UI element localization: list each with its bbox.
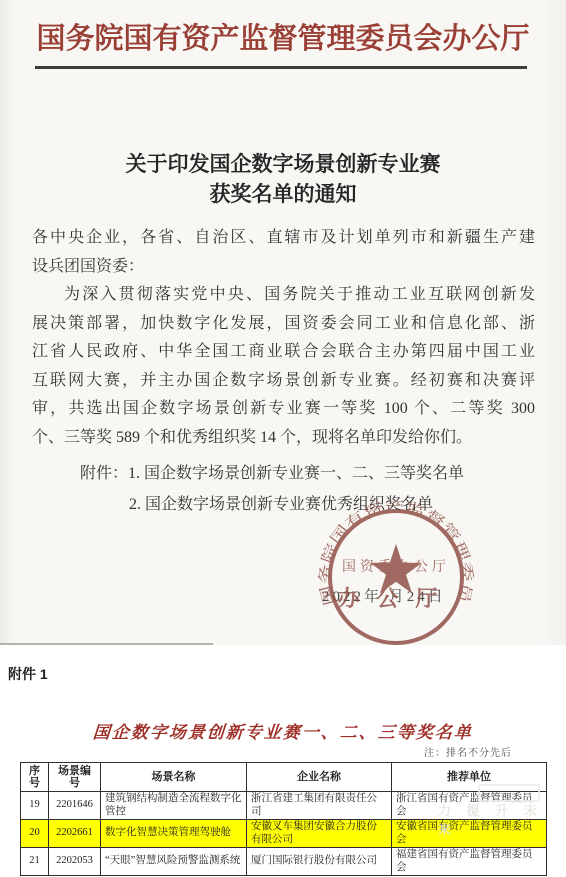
notice-title-line2: 获奖名单的通知: [0, 178, 566, 208]
scanned-notice: 国务院国有资产监督管理委员会办公厅 关于印发国企数字场景创新专业赛 获奖名单的通…: [0, 0, 566, 645]
seal-bottom-text: 办公厅: [337, 586, 454, 611]
letterhead-divider: [35, 66, 527, 69]
letterhead-title: 国务院国有资产监督管理委员会办公厅: [0, 16, 566, 57]
table-row: 21 2202053 “天眼”智慧风险预警监测系统 厦门国际银行股份有限公司 福…: [21, 848, 547, 876]
body-line: 个、三等奖 589 个和优秀组织奖 14 个，现将名单印发给你们。: [32, 424, 535, 453]
body-line: 设兵团国资委：: [32, 253, 535, 282]
cell-code: 2201646: [49, 792, 101, 820]
scan-edge: [0, 643, 213, 645]
cell-company: 安徽叉车集团安徽合力股份有限公司: [247, 820, 392, 848]
body-line: 审，共选出国企数字场景创新专业赛一等奖 100 个、二等奖 300: [32, 395, 535, 424]
ranking-note: 注：排名不分先后: [424, 744, 512, 759]
cell-code: 2202661: [49, 820, 101, 848]
notice-body: 各中央企业，各省、自治区、直辖市及计划单列市和新疆生产建 设兵团国资委： 为深入…: [32, 224, 535, 452]
cell-code: 2202053: [49, 848, 101, 876]
body-line: 互联网大赛，并主办国企数字场景创新专业赛。经初赛和决赛评: [32, 367, 535, 396]
cell-no: 19: [21, 792, 49, 820]
table-row: 19 2201646 建筑钢结构制造全流程数字化管控 浙江省建工集团有限责任公司…: [21, 792, 547, 820]
cell-no: 20: [21, 820, 49, 848]
cell-recommender: 福建省国有资产监督管理委员会: [392, 848, 547, 876]
header-recommender: 推荐单位: [392, 763, 547, 792]
table-header-row: 序号 场景编号 场景名称 企业名称 推荐单位: [21, 763, 547, 792]
cell-company: 厦门国际银行股份有限公司: [247, 848, 392, 876]
cell-company: 浙江省建工集团有限责任公司: [247, 792, 392, 820]
attachment-item-1: 附件：1. 国企数字场景创新专业赛一、二、三等奖名单: [80, 458, 520, 489]
table-row: 20 2202661 数字化智慧决策管理驾驶舱 安徽叉车集团安徽合力股份有限公司…: [21, 820, 547, 848]
cell-scene: 数字化智慧决策管理驾驶舱: [101, 820, 247, 848]
award-list-title: 国企数字场景创新专业赛一、二、三等奖名单: [0, 718, 566, 743]
attachment-1-label: 附件 1: [8, 664, 48, 684]
body-line: 为深入贯彻落实党中央、国务院关于推动工业互联网创新发: [32, 281, 535, 310]
page: 国务院国有资产监督管理委员会办公厅 关于印发国企数字场景创新专业赛 获奖名单的通…: [0, 0, 566, 877]
cell-scene: “天眼”智慧风险预警监测系统: [101, 848, 247, 876]
body-line: 各中央企业，各省、自治区、直辖市及计划单列市和新疆生产建: [32, 224, 535, 253]
header-company-name: 企业名称: [247, 763, 392, 792]
awards-table: 序号 场景编号 场景名称 企业名称 推荐单位 19 2201646 建筑钢结构制…: [20, 762, 547, 876]
cell-recommender: 安徽省国有资产监督管理委员会: [392, 820, 547, 848]
body-line: 江省人民政府、中华全国工商业联合会联合主办第四届中国工业: [32, 338, 535, 367]
cell-recommender: 浙江省国有资产监督管理委员会: [392, 792, 547, 820]
header-no: 序号: [21, 763, 49, 792]
body-line: 展决策部署，加快数字化发展，国资委会同工业和信息化部、浙: [32, 310, 535, 339]
header-scene-name: 场景名称: [101, 763, 247, 792]
cell-no: 21: [21, 848, 49, 876]
header-scene-code: 场景编号: [49, 763, 101, 792]
official-seal: 国务院国有资产监督管理委员会 国资委办公厅 办公厅: [311, 492, 481, 662]
cell-scene: 建筑钢结构制造全流程数字化管控: [101, 792, 247, 820]
notice-title-line1: 关于印发国企数字场景创新专业赛: [0, 148, 566, 178]
